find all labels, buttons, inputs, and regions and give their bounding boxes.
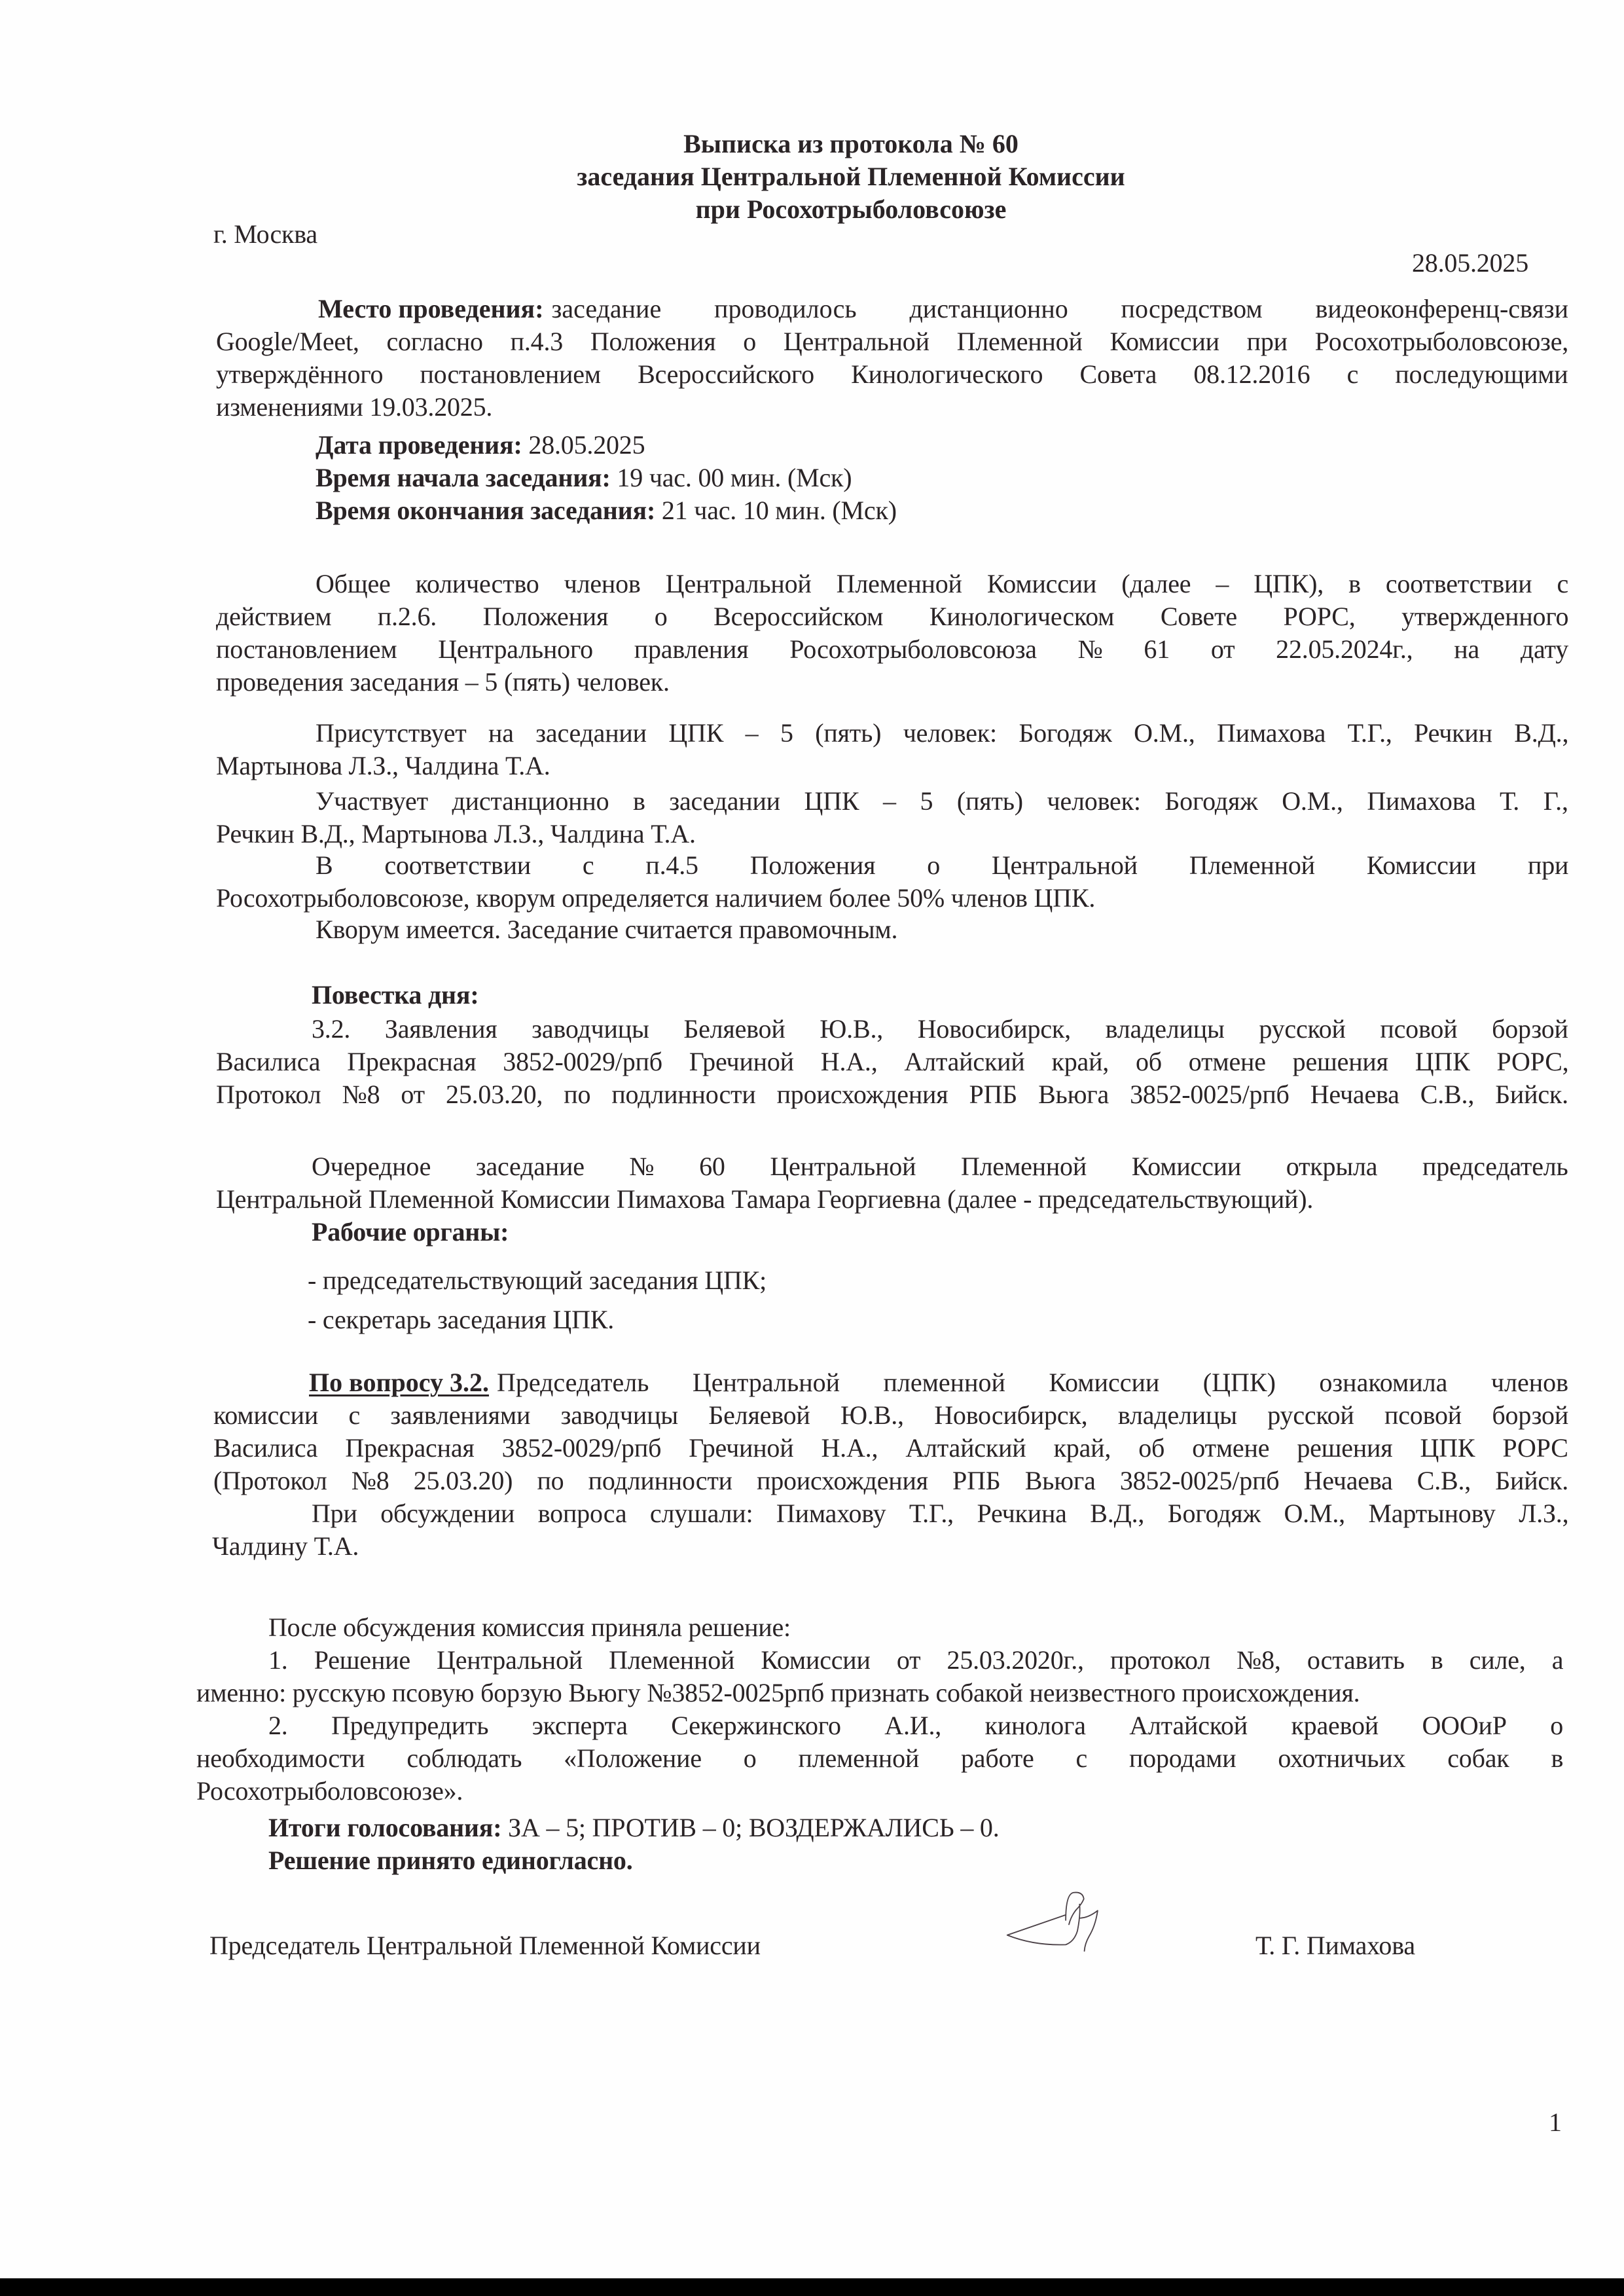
quorum-rule-line-2: Росохотрыболовсоюзе, кворум определяется… <box>216 883 1095 914</box>
agenda-item-line-1: 3.2. Заявления заводчицы Беляевой Ю.В., … <box>312 1013 1568 1045</box>
working-body-item-2: - секретарь заседания ЦПК. <box>308 1304 614 1336</box>
agenda-item-line-2: Василиса Прекрасная 3852-0029/рпб Гречин… <box>216 1046 1568 1078</box>
start-time-label: Время начала заседания: <box>316 463 611 492</box>
end-time: Время окончания заседания: 21 час. 10 ми… <box>316 495 897 526</box>
heard-line-2: Чалдину Т.А. <box>212 1531 359 1562</box>
decision-item-2-line-3: Росохотрыболовсоюзе». <box>196 1776 463 1807</box>
document-page: Выписка из протокола № 60 заседания Цент… <box>0 0 1624 2278</box>
start-time: Время начала заседания: 19 час. 00 мин. … <box>316 462 852 494</box>
agenda-item-line-3: Протокол №8 от 25.03.20, по подлинности … <box>216 1079 1568 1110</box>
question-line-2: комиссии с заявлениями заводчицы Беляево… <box>213 1400 1568 1431</box>
working-bodies-label: Рабочие органы: <box>312 1216 509 1248</box>
decision-intro: После обсуждения комиссия приняла решени… <box>268 1612 791 1643</box>
question-line-3: Василиса Прекрасная 3852-0029/рпб Гречин… <box>213 1432 1568 1464</box>
question-text-1: Председатель Центральной племенной Комис… <box>497 1367 1568 1398</box>
document-date: 28.05.2025 <box>1412 247 1528 279</box>
heard-line-1: При обсуждении вопроса слушали: Пимахову… <box>312 1498 1568 1529</box>
working-body-item-1: - председательствующий заседания ЦПК; <box>308 1265 767 1296</box>
handwritten-signature-icon <box>982 1878 1139 1963</box>
decision-item-2-line-1: 2. Предупредить эксперта Секержинского А… <box>268 1710 1563 1741</box>
document-title-line-2: заседания Центральной Племенной Комиссии <box>0 161 1624 192</box>
decision-result: Решение принято единогласно. <box>268 1845 633 1876</box>
quorum-status: Кворум имеется. Заседание считается прав… <box>316 914 897 945</box>
city: г. Москва <box>213 219 317 250</box>
present-line-1: Присутствует на заседании ЦПК – 5 (пять)… <box>316 718 1568 749</box>
question-line-4: (Протокол №8 25.03.20) по подлинности пр… <box>213 1465 1568 1497</box>
meeting-date-label: Дата проведения: <box>316 430 522 460</box>
quorum-rule-line-1: В соответствии с п.4.5 Положения о Центр… <box>316 850 1568 881</box>
decision-item-1-line-2: именно: русскую псовую борзую Вьюгу №385… <box>196 1677 1360 1709</box>
vote-results: Итоги голосования: ЗА – 5; ПРОТИВ – 0; В… <box>268 1812 1000 1844</box>
question-line-1: По вопросу 3.2. Председатель Центральной… <box>309 1367 1568 1398</box>
end-time-label: Время окончания заседания: <box>316 496 655 525</box>
venue-line-1: Место проведения: заседание проводилось … <box>318 293 1568 325</box>
document-title-line-1: Выписка из протокола № 60 <box>0 128 1624 160</box>
remote-line-2: Речкин В.Д., Мартынова Л.З., Чалдина Т.А… <box>216 818 696 850</box>
vote-value: ЗА – 5; ПРОТИВ – 0; ВОЗДЕРЖАЛИСЬ – 0. <box>508 1813 999 1842</box>
meeting-date-value: 28.05.2025 <box>528 430 645 460</box>
signatory-position: Председатель Центральной Племенной Комис… <box>209 1930 761 1961</box>
opening-line-1: Очередное заседание № 60 Центральной Пле… <box>312 1151 1568 1182</box>
remote-line-1: Участвует дистанционно в заседании ЦПК –… <box>316 786 1568 817</box>
members-line-1: Общее количество членов Центральной Плем… <box>316 568 1568 600</box>
venue-line-3: утверждённого постановлением Всероссийск… <box>216 359 1568 390</box>
agenda-label: Повестка дня: <box>312 979 478 1011</box>
decision-item-1-line-1: 1. Решение Центральной Племенной Комисси… <box>268 1645 1563 1676</box>
venue-text-1: заседание проводилось дистанционно посре… <box>552 293 1568 325</box>
signatory-name: Т. Г. Пимахова <box>1255 1930 1415 1961</box>
present-line-2: Мартынова Л.З., Чалдина Т.А. <box>216 750 550 782</box>
venue-line-2: Google/Meet, согласно п.4.3 Положения о … <box>216 326 1568 357</box>
start-time-value: 19 час. 00 мин. (Мск) <box>617 463 852 492</box>
venue-label: Место проведения: <box>318 293 544 325</box>
page-number: 1 <box>1549 2107 1562 2138</box>
opening-line-2: Центральной Племенной Комиссии Пимахова … <box>216 1184 1313 1215</box>
scan-border <box>0 2278 1624 2296</box>
vote-label: Итоги голосования: <box>268 1813 501 1842</box>
decision-item-2-line-2: необходимости соблюдать «Положение о пле… <box>196 1743 1563 1774</box>
members-line-4: проведения заседания – 5 (пять) человек. <box>216 666 670 698</box>
question-label: По вопросу 3.2. <box>309 1367 489 1398</box>
members-line-3: постановлением Центрального правления Ро… <box>216 634 1568 665</box>
meeting-date: Дата проведения: 28.05.2025 <box>316 429 645 461</box>
end-time-value: 21 час. 10 мин. (Мск) <box>662 496 897 525</box>
venue-line-4: изменениями 19.03.2025. <box>216 392 492 423</box>
members-line-2: действием п.2.6. Положения о Всероссийск… <box>216 601 1568 632</box>
